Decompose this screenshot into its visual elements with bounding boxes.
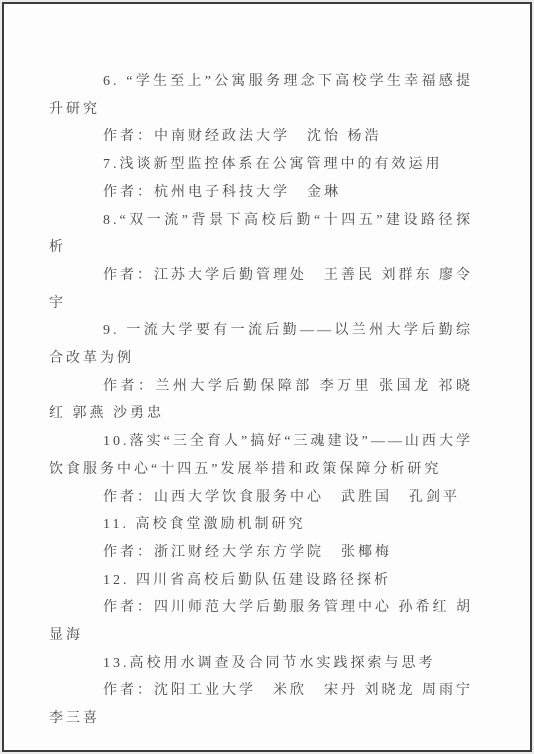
list-item: 9. 一流大学要有一流后勤——以兰州大学后勤综合改革为例 作者：兰州大学后勤保障…	[49, 317, 473, 428]
article-authors: 作者：浙江财经大学东方学院 张椰梅	[49, 539, 473, 567]
article-authors: 作者：江苏大学后勤管理处 王善民 刘群东 廖令宇	[49, 262, 473, 317]
article-title: 6. “学生至上”公寓服务理念下高校学生幸福感提升研究	[49, 68, 473, 123]
article-authors: 作者：沈阳工业大学 米欣 宋丹 刘晓龙 周雨宁 李三喜	[49, 677, 473, 732]
list-item: 8.“双一流”背景下高校后勤“十四五”建设路径探析 作者：江苏大学后勤管理处 王…	[49, 207, 473, 318]
list-item: 12. 四川省高校后勤队伍建设路径探析 作者：四川师范大学后勤服务管理中心 孙希…	[49, 567, 473, 650]
article-title: 7.浅谈新型监控体系在公寓管理中的有效运用	[49, 151, 473, 179]
list-item: 10.落实“三全育人”搞好“三魂建设”——山西大学饮食服务中心“十四五”发展举措…	[49, 428, 473, 511]
list-item: 11. 高校食堂激励机制研究 作者：浙江财经大学东方学院 张椰梅	[49, 511, 473, 566]
article-list: 6. “学生至上”公寓服务理念下高校学生幸福感提升研究 作者：中南财经政法大学 …	[4, 4, 530, 733]
article-title: 12. 四川省高校后勤队伍建设路径探析	[49, 567, 473, 595]
article-authors: 作者：山西大学饮食服务中心 武胜国 孔剑平	[49, 484, 473, 512]
article-title: 10.落实“三全育人”搞好“三魂建设”——山西大学饮食服务中心“十四五”发展举措…	[49, 428, 473, 483]
list-item: 6. “学生至上”公寓服务理念下高校学生幸福感提升研究 作者：中南财经政法大学 …	[49, 68, 473, 151]
article-title: 8.“双一流”背景下高校后勤“十四五”建设路径探析	[49, 207, 473, 262]
document-page: 6. “学生至上”公寓服务理念下高校学生幸福感提升研究 作者：中南财经政法大学 …	[2, 2, 532, 752]
article-title: 9. 一流大学要有一流后勤——以兰州大学后勤综合改革为例	[49, 317, 473, 372]
article-authors: 作者：杭州电子科技大学 金琳	[49, 179, 473, 207]
article-title: 11. 高校食堂激励机制研究	[49, 511, 473, 539]
list-item: 13.高校用水调查及合同节水实践探索与思考 作者：沈阳工业大学 米欣 宋丹 刘晓…	[49, 650, 473, 733]
article-authors: 作者：四川师范大学后勤服务管理中心 孙希红 胡显海	[49, 594, 473, 649]
article-title: 13.高校用水调查及合同节水实践探索与思考	[49, 650, 473, 678]
article-authors: 作者：中南财经政法大学 沈怡 杨浩	[49, 123, 473, 151]
list-item: 7.浅谈新型监控体系在公寓管理中的有效运用 作者：杭州电子科技大学 金琳	[49, 151, 473, 206]
article-authors: 作者：兰州大学后勤保障部 李万里 张国龙 祁晓红 郭燕 沙勇忠	[49, 373, 473, 428]
